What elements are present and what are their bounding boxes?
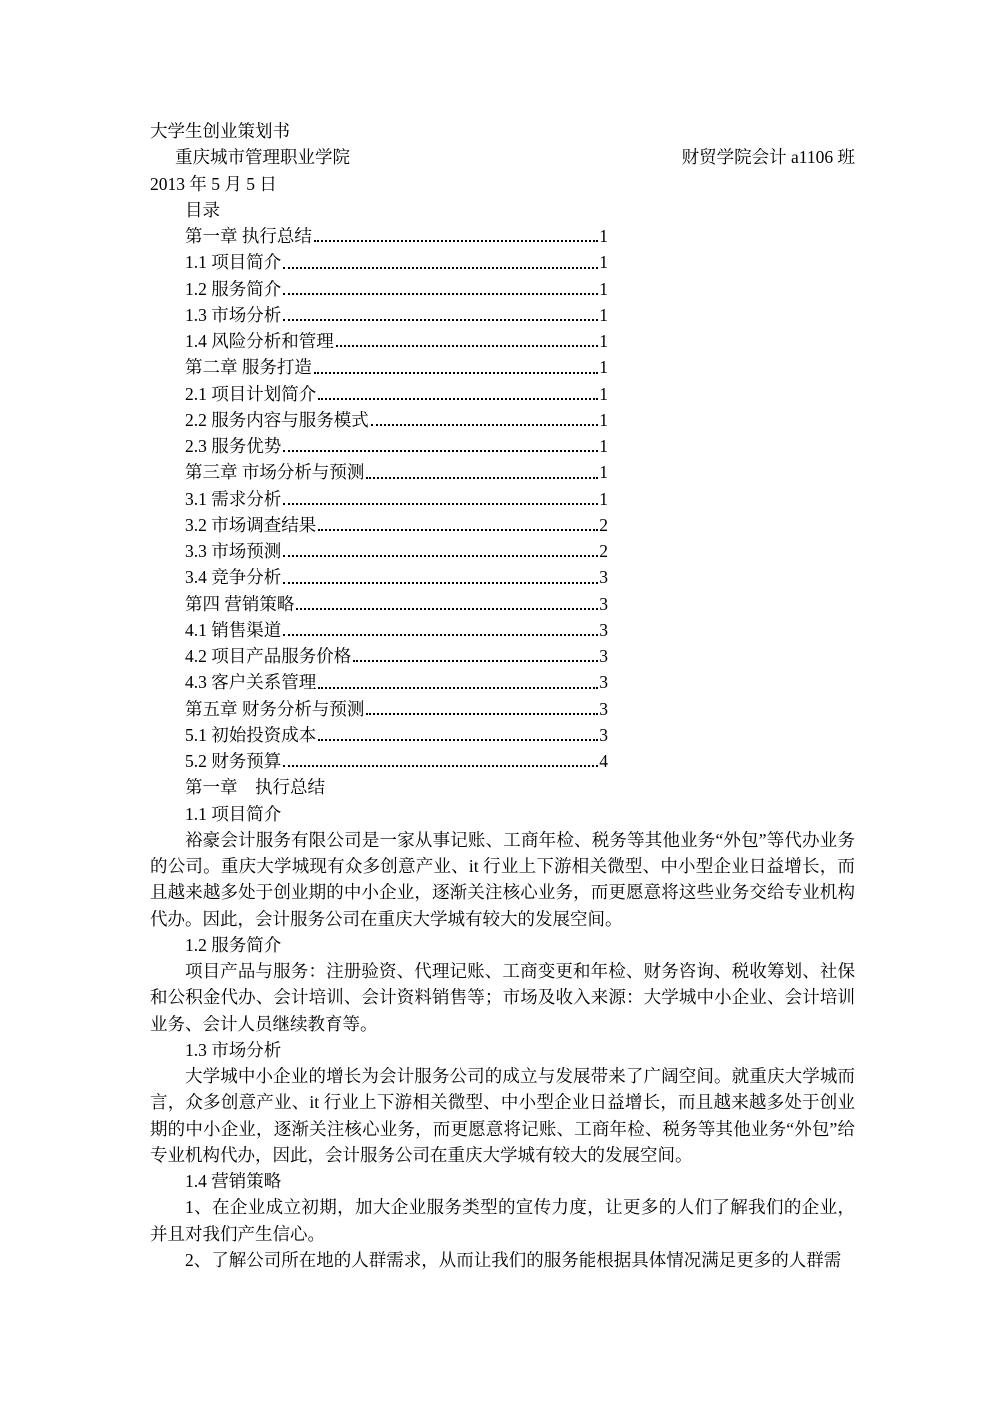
toc-entry: 2.2 服务内容与服务模式 1: [150, 407, 608, 433]
toc-dot-leader: [283, 617, 598, 636]
section-1-4-heading: 1.4 营销策略: [185, 1168, 855, 1194]
toc-entry-label: 4.3 客户关系管理: [150, 669, 316, 695]
document-page: 大学生创业策划书 重庆城市管理职业学院 财贸学院会计 a1106 班 2013 …: [0, 0, 992, 1403]
section-1-3-heading: 1.3 市场分析: [185, 1037, 855, 1063]
table-of-contents: 第一章 执行总结 1 1.1 项目简介 1 1.2 服务简介 1 1.3 市场分…: [150, 223, 608, 774]
toc-entry-label: 1.3 市场分析: [150, 302, 281, 328]
toc-entry-label: 2.3 服务优势: [150, 433, 281, 459]
toc-entry: 第二章 服务打造 1: [150, 354, 608, 380]
toc-entry: 2.3 服务优势 1: [150, 433, 608, 459]
toc-dot-leader: [283, 564, 598, 583]
toc-dot-leader: [366, 696, 598, 715]
toc-entry: 5.2 财务预算 4: [150, 748, 608, 774]
toc-entry-label: 2.1 项目计划简介: [150, 381, 316, 407]
toc-entry: 2.1 项目计划简介 1: [150, 381, 608, 407]
toc-dot-leader: [283, 748, 598, 767]
section-1-4-paragraph-1: 1、在企业成立初期，加大企业服务类型的宣传力度，让更多的人们了解我们的企业，并且…: [150, 1194, 855, 1247]
toc-entry-label: 1.4 风险分析和管理: [150, 328, 334, 354]
toc-dot-leader: [283, 249, 598, 268]
toc-dot-leader: [283, 302, 598, 321]
toc-entry-label: 1.2 服务简介: [150, 276, 281, 302]
toc-dot-leader: [318, 669, 598, 688]
toc-entry-label: 3.3 市场预测: [150, 538, 281, 564]
toc-entry: 4.3 客户关系管理 3: [150, 669, 608, 695]
toc-entry-page: 1: [599, 249, 608, 275]
toc-entry-page: 3: [599, 669, 608, 695]
toc-entry-page: 1: [599, 459, 608, 485]
toc-entry: 1.2 服务简介 1: [150, 276, 608, 302]
toc-dot-leader: [296, 591, 598, 610]
toc-dot-leader: [318, 512, 598, 531]
toc-entry: 第三章 市场分析与预测 1: [150, 459, 608, 485]
toc-entry-label: 第一章 执行总结: [150, 223, 312, 249]
section-1-2-heading: 1.2 服务简介: [185, 932, 855, 958]
toc-entry-label: 第三章 市场分析与预测: [150, 459, 364, 485]
section-1-1-heading: 1.1 项目简介: [185, 801, 855, 827]
toc-dot-leader: [283, 538, 598, 557]
toc-entry-page: 1: [599, 328, 608, 354]
toc-dot-leader: [318, 381, 598, 400]
toc-entry-page: 3: [599, 617, 608, 643]
toc-entry-page: 1: [599, 223, 608, 249]
class-name: 财贸学院会计 a1106 班: [682, 144, 855, 170]
toc-entry: 5.1 初始投资成本 3: [150, 722, 608, 748]
toc-title: 目录: [185, 197, 855, 223]
toc-dot-leader: [283, 276, 598, 295]
toc-entry-label: 4.1 销售渠道: [150, 617, 281, 643]
toc-dot-leader: [353, 643, 598, 662]
toc-dot-leader: [318, 722, 598, 741]
toc-entry-page: 1: [599, 354, 608, 380]
document-title: 大学生创业策划书: [150, 118, 855, 144]
toc-dot-leader: [314, 354, 598, 373]
toc-entry-label: 第五章 财务分析与预测: [150, 696, 364, 722]
toc-entry: 3.2 市场调查结果 2: [150, 512, 608, 538]
toc-dot-leader: [283, 486, 598, 505]
toc-entry: 3.3 市场预测 2: [150, 538, 608, 564]
toc-entry-label: 3.1 需求分析: [150, 486, 281, 512]
toc-dot-leader: [336, 328, 599, 347]
toc-entry: 3.1 需求分析 1: [150, 486, 608, 512]
toc-entry-page: 2: [599, 512, 608, 538]
toc-entry-page: 3: [599, 564, 608, 590]
toc-entry-label: 第四 营销策略: [150, 591, 294, 617]
toc-dot-leader: [314, 223, 598, 242]
toc-entry-label: 3.4 竞争分析: [150, 564, 281, 590]
toc-entry-page: 1: [599, 302, 608, 328]
toc-entry-page: 1: [599, 433, 608, 459]
byline-row: 重庆城市管理职业学院 财贸学院会计 a1106 班: [150, 144, 855, 170]
toc-entry: 3.4 竞争分析 3: [150, 564, 608, 590]
toc-entry: 1.3 市场分析 1: [150, 302, 608, 328]
toc-entry-page: 3: [599, 722, 608, 748]
toc-dot-leader: [283, 433, 598, 452]
toc-entry-page: 1: [599, 381, 608, 407]
toc-entry-label: 5.1 初始投资成本: [150, 722, 316, 748]
section-1-2-paragraph: 项目产品与服务：注册验资、代理记账、工商变更和年检、财务咨询、税收筹划、社保和公…: [150, 958, 855, 1037]
section-1-1-paragraph: 裕豪会计服务有限公司是一家从事记账、工商年检、税务等其他业务“外包”等代办业务的…: [150, 827, 855, 932]
toc-entry-label: 2.2 服务内容与服务模式: [150, 407, 369, 433]
toc-entry-page: 2: [599, 538, 608, 564]
toc-entry-page: 3: [599, 643, 608, 669]
toc-entry-page: 4: [599, 748, 608, 774]
toc-entry-page: 1: [599, 486, 608, 512]
toc-entry-label: 3.2 市场调查结果: [150, 512, 316, 538]
toc-entry: 第一章 执行总结 1: [150, 223, 608, 249]
toc-entry-page: 1: [599, 276, 608, 302]
toc-entry: 4.2 项目产品服务价格 3: [150, 643, 608, 669]
toc-dot-leader: [366, 459, 598, 478]
toc-entry-page: 3: [599, 591, 608, 617]
toc-entry-page: 3: [599, 696, 608, 722]
toc-entry: 1.4 风险分析和管理 1: [150, 328, 608, 354]
toc-entry: 4.1 销售渠道 3: [150, 617, 608, 643]
date-line: 2013 年 5 月 5 日: [150, 171, 855, 197]
toc-dot-leader: [371, 407, 599, 426]
section-1-4-paragraph-2: 2、了解公司所在地的人群需求，从而让我们的服务能根据具体情况满足更多的人群需: [150, 1247, 855, 1273]
toc-entry-label: 1.1 项目简介: [150, 249, 281, 275]
school-name: 重庆城市管理职业学院: [175, 144, 350, 170]
chapter1-heading: 第一章 执行总结: [185, 774, 855, 800]
toc-entry: 1.1 项目简介 1: [150, 249, 608, 275]
toc-entry-label: 第二章 服务打造: [150, 354, 312, 380]
toc-entry: 第五章 财务分析与预测 3: [150, 696, 608, 722]
section-1-3-paragraph: 大学城中小企业的增长为会计服务公司的成立与发展带来了广阔空间。就重庆大学城而言，…: [150, 1063, 855, 1168]
toc-entry-page: 1: [599, 407, 608, 433]
toc-entry-label: 5.2 财务预算: [150, 748, 281, 774]
toc-entry-label: 4.2 项目产品服务价格: [150, 643, 351, 669]
toc-entry: 第四 营销策略 3: [150, 591, 608, 617]
